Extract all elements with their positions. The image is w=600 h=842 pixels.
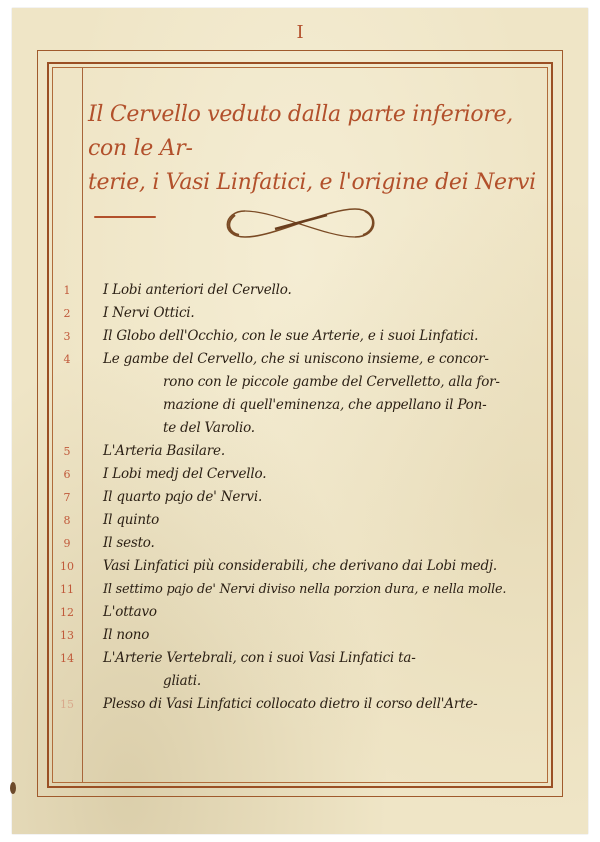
legend-entry: 3 Il Globo dell'Occhio, con le sue Arter… bbox=[55, 325, 545, 348]
paper-stain bbox=[10, 782, 16, 794]
entry-text: Il quinto bbox=[103, 509, 159, 532]
entry-number: 3 bbox=[55, 325, 79, 348]
entry-text: I Lobi anteriori del Cervello. bbox=[103, 279, 292, 302]
legend-entry-list: 1 I Lobi anteriori del Cervello. 2 I Ner… bbox=[55, 279, 545, 716]
legend-entry: 5 L'Arteria Basilare. bbox=[55, 440, 545, 463]
entry-text: Il quarto pajo de' Nervi. bbox=[103, 486, 262, 509]
entry-number: 14 bbox=[55, 647, 79, 670]
legend-entry: 7 Il quarto pajo de' Nervi. bbox=[55, 486, 545, 509]
entry-number: 6 bbox=[55, 463, 79, 486]
legend-entry: 8 Il quinto bbox=[55, 509, 545, 532]
entry-number: 7 bbox=[55, 486, 79, 509]
legend-entry: 15 Plesso di Vasi Linfatici collocato di… bbox=[55, 693, 545, 716]
legend-entry: 4 Le gambe del Cervello, che si uniscono… bbox=[55, 348, 545, 440]
entry-line: L'Arterie Vertebrali, con i suoi Vasi Li… bbox=[103, 650, 416, 666]
legend-entry: 14 L'Arterie Vertebrali, con i suoi Vasi… bbox=[55, 647, 545, 693]
entry-number: 8 bbox=[55, 509, 79, 532]
title-tail-flourish bbox=[94, 216, 156, 218]
entry-text: I Nervi Ottici. bbox=[103, 302, 195, 325]
entry-number: 12 bbox=[55, 601, 79, 624]
calligraphic-flourish-icon bbox=[215, 203, 385, 243]
title-line-1: Il Cervello veduto dalla parte inferiore… bbox=[88, 98, 543, 166]
entry-number: 5 bbox=[55, 440, 79, 463]
entry-number: 4 bbox=[55, 348, 79, 371]
entry-text: Il settimo pajo de' Nervi diviso nella p… bbox=[103, 578, 506, 601]
entry-text: Plesso di Vasi Linfatici collocato dietr… bbox=[103, 693, 477, 716]
entry-number: 1 bbox=[55, 279, 79, 302]
entry-text: L'Arteria Basilare. bbox=[103, 440, 225, 463]
legend-entry: 13 Il nono bbox=[55, 624, 545, 647]
legend-entry: 10 Vasi Linfatici più considerabili, che… bbox=[55, 555, 545, 578]
entry-line-continued: mazione di quell'eminenza, che appellano… bbox=[103, 394, 500, 417]
entry-number: 9 bbox=[55, 532, 79, 555]
entry-text: L'ottavo bbox=[103, 601, 157, 624]
entry-text: Le gambe del Cervello, che si uniscono i… bbox=[103, 348, 500, 440]
entry-number: 11 bbox=[55, 578, 79, 601]
legend-entry: 12 L'ottavo bbox=[55, 601, 545, 624]
legend-entry: 11 Il settimo pajo de' Nervi diviso nell… bbox=[55, 578, 545, 601]
entry-text: Il Globo dell'Occhio, con le sue Arterie… bbox=[103, 325, 478, 348]
entry-line-continued: rono con le piccole gambe del Cervellett… bbox=[103, 371, 500, 394]
entry-line: Le gambe del Cervello, che si uniscono i… bbox=[103, 351, 489, 367]
entry-number: 13 bbox=[55, 624, 79, 647]
entry-line-continued: gliati. bbox=[103, 670, 416, 693]
legend-entry: 1 I Lobi anteriori del Cervello. bbox=[55, 279, 545, 302]
page-number: I bbox=[0, 22, 600, 43]
entry-number: 2 bbox=[55, 302, 79, 325]
legend-entry: 9 Il sesto. bbox=[55, 532, 545, 555]
entry-text: I Lobi medj del Cervello. bbox=[103, 463, 266, 486]
legend-entry: 2 I Nervi Ottici. bbox=[55, 302, 545, 325]
entry-line-continued: te del Varolio. bbox=[103, 417, 500, 440]
entry-text: L'Arterie Vertebrali, con i suoi Vasi Li… bbox=[103, 647, 416, 693]
entry-text: Vasi Linfatici più considerabili, che de… bbox=[103, 555, 497, 578]
entry-text: Il nono bbox=[103, 624, 149, 647]
legend-entry: 6 I Lobi medj del Cervello. bbox=[55, 463, 545, 486]
entry-number: 10 bbox=[55, 555, 79, 578]
entry-number: 15 bbox=[55, 693, 79, 716]
entry-text: Il sesto. bbox=[103, 532, 155, 555]
